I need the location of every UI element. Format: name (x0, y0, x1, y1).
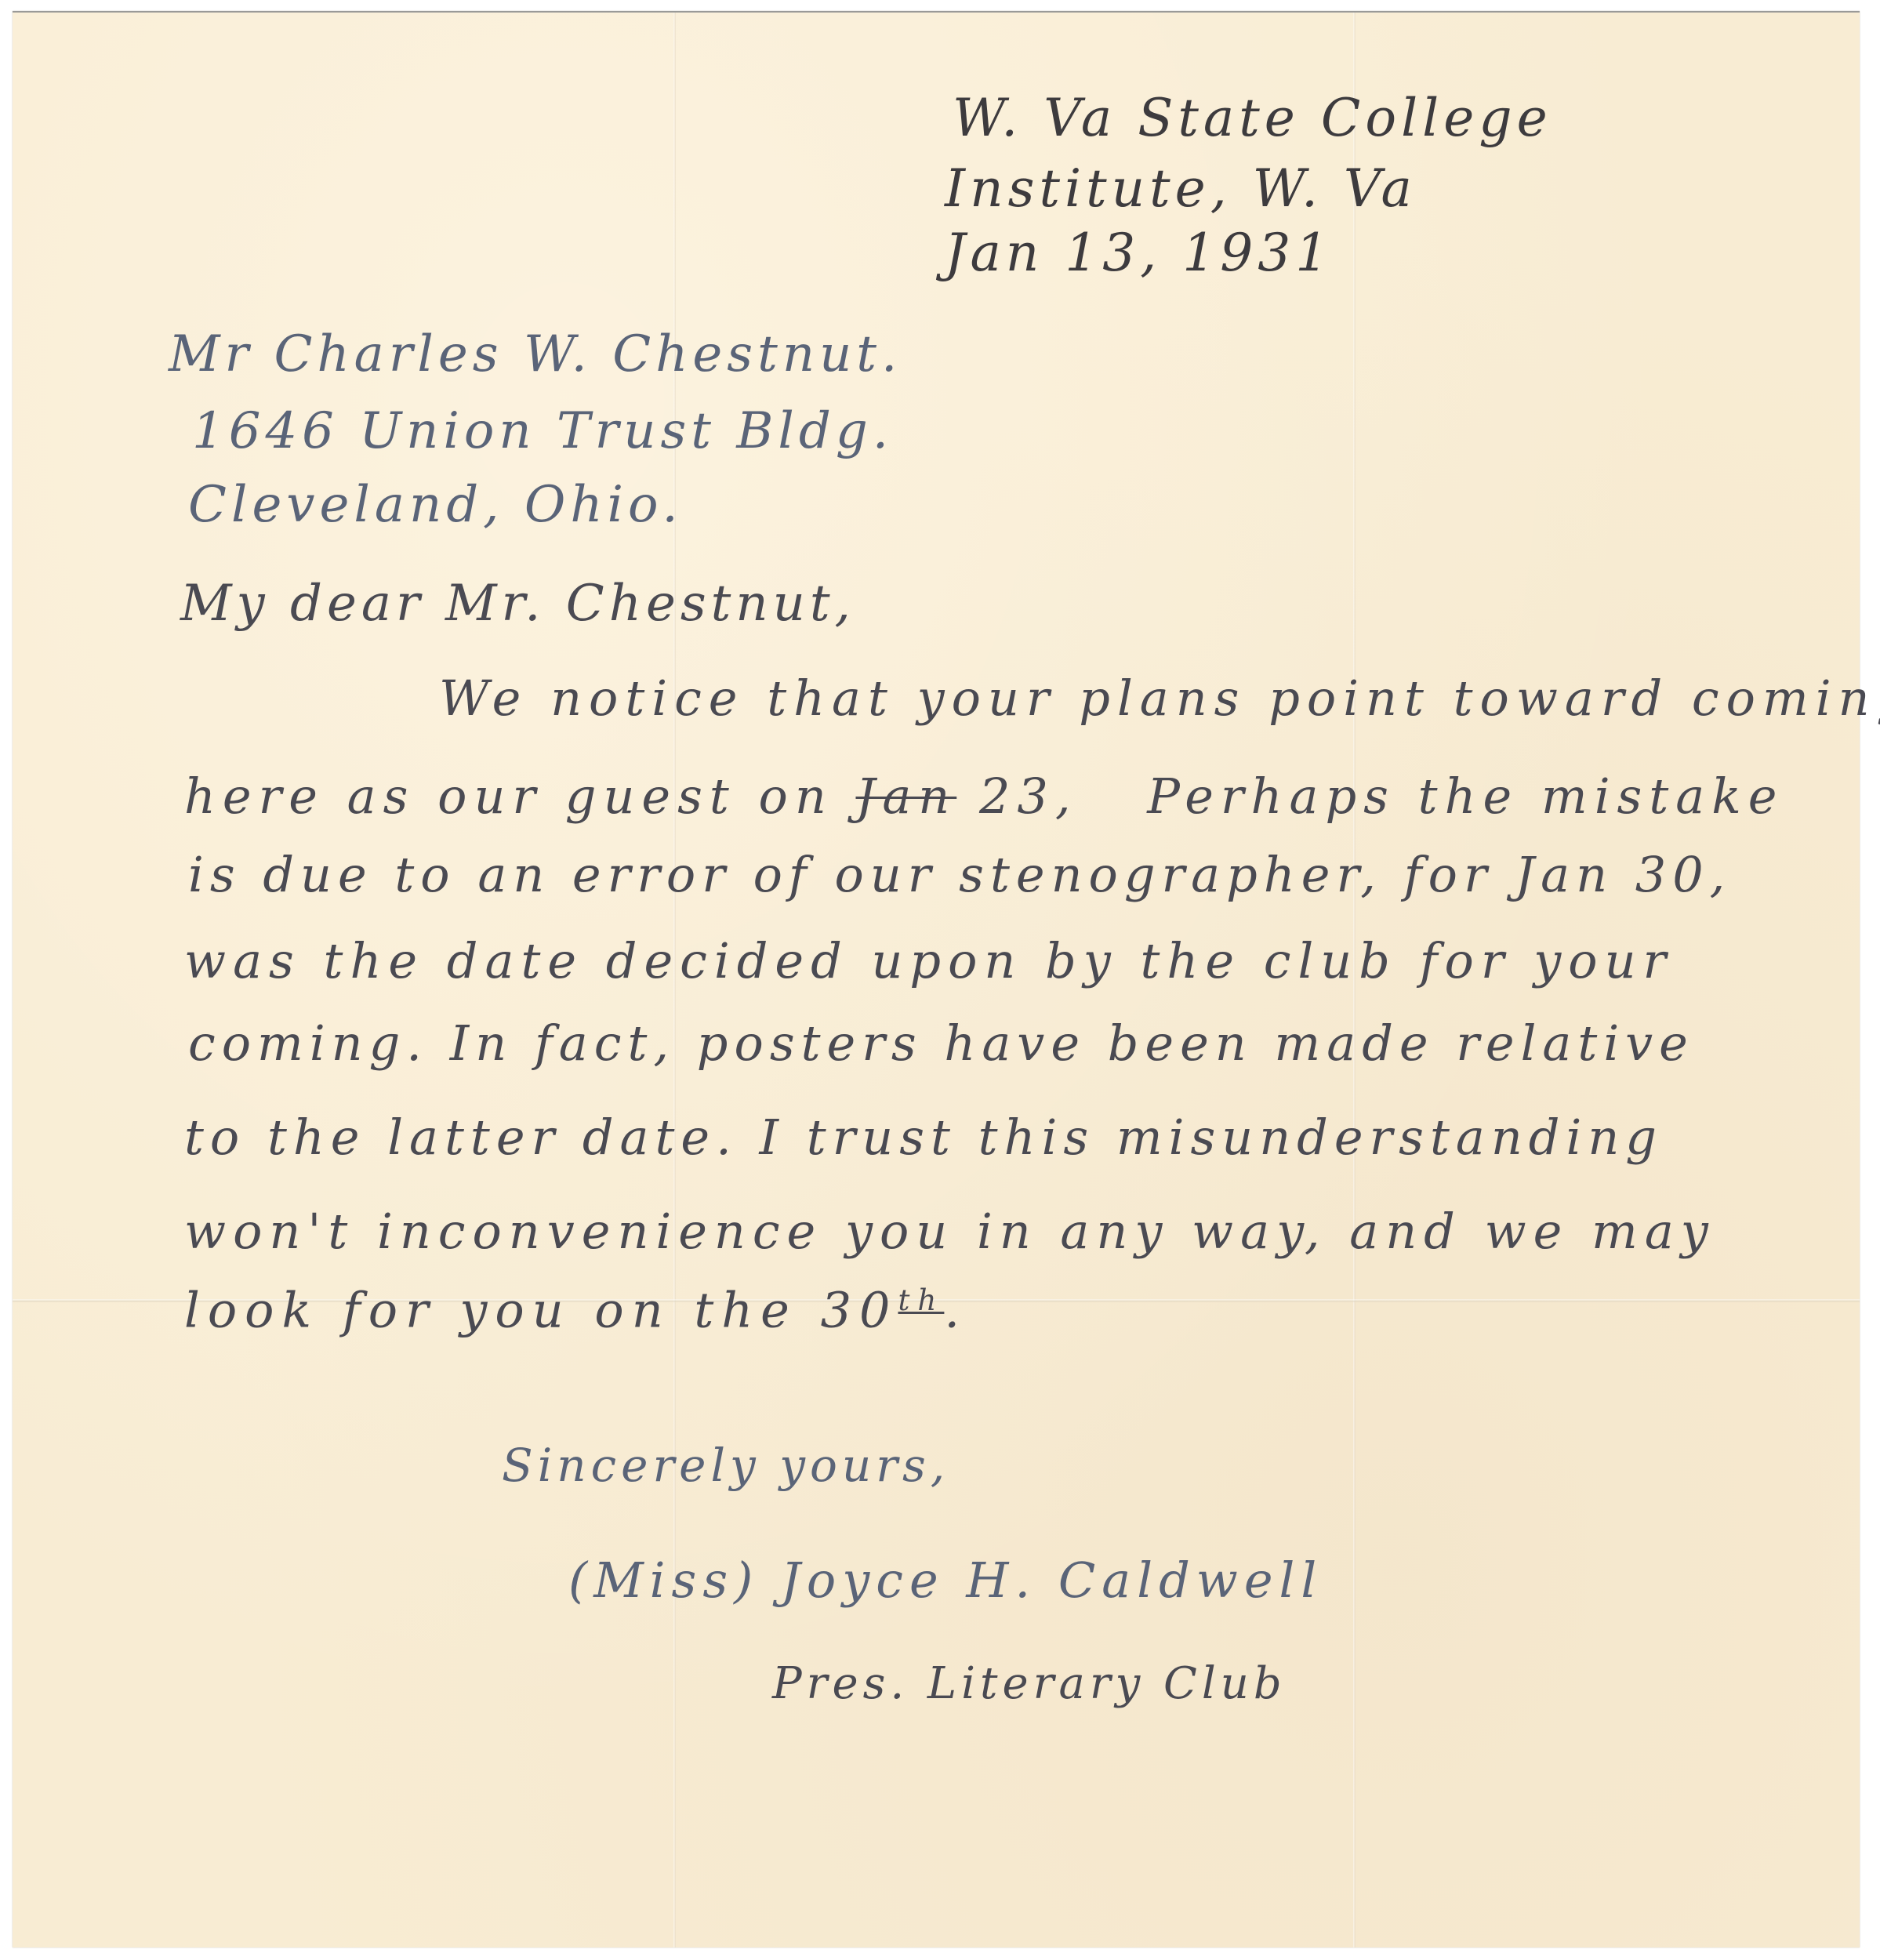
period: . (944, 1282, 967, 1339)
corrected-date: 23 (979, 768, 1055, 825)
heading-college: W. Va State College (953, 93, 1552, 144)
signer-title: Pres. Literary Club (772, 1662, 1287, 1706)
body-line-7: won't inconvenience you in any way, and … (184, 1207, 1715, 1256)
body-line-6: to the latter date. I trust this misunde… (184, 1113, 1663, 1162)
heading-date: Jan 13, 1931 (945, 227, 1333, 279)
body-line-3: is due to an error of our stenographer, … (188, 851, 1731, 899)
valediction: Sincerely yours, (502, 1443, 949, 1488)
recipient-name: Mr Charles W. Chestnut. (169, 329, 902, 379)
comma: , (1055, 768, 1078, 825)
body-line-5: coming. In fact, posters have been made … (188, 1019, 1694, 1068)
body-line-4: was the date decided upon by the club fo… (184, 937, 1673, 985)
recipient-city: Cleveland, Ohio. (188, 480, 683, 530)
recipient-street: 1646 Union Trust Bldg. (192, 406, 893, 456)
body-line-1: We notice that your plans point toward c… (439, 674, 1880, 723)
struck-word: Jan (855, 768, 956, 825)
salutation: My dear Mr. Chestnut, (180, 579, 855, 629)
signature: (Miss) Joyce H. Caldwell (568, 1556, 1323, 1605)
body-line-8: look for you on the 30th. (184, 1286, 967, 1335)
body-line-2-start: here as our guest on (184, 768, 833, 825)
heading-location: Institute, W. Va (945, 163, 1417, 215)
body-line-8-text: look for you on the 30 (184, 1282, 898, 1339)
body-line-2: here as our guest on Jan 23, Perhaps the… (184, 772, 1784, 821)
ordinal-suffix: th (898, 1283, 944, 1317)
body-line-2-end: Perhaps the mistake (1147, 768, 1784, 825)
